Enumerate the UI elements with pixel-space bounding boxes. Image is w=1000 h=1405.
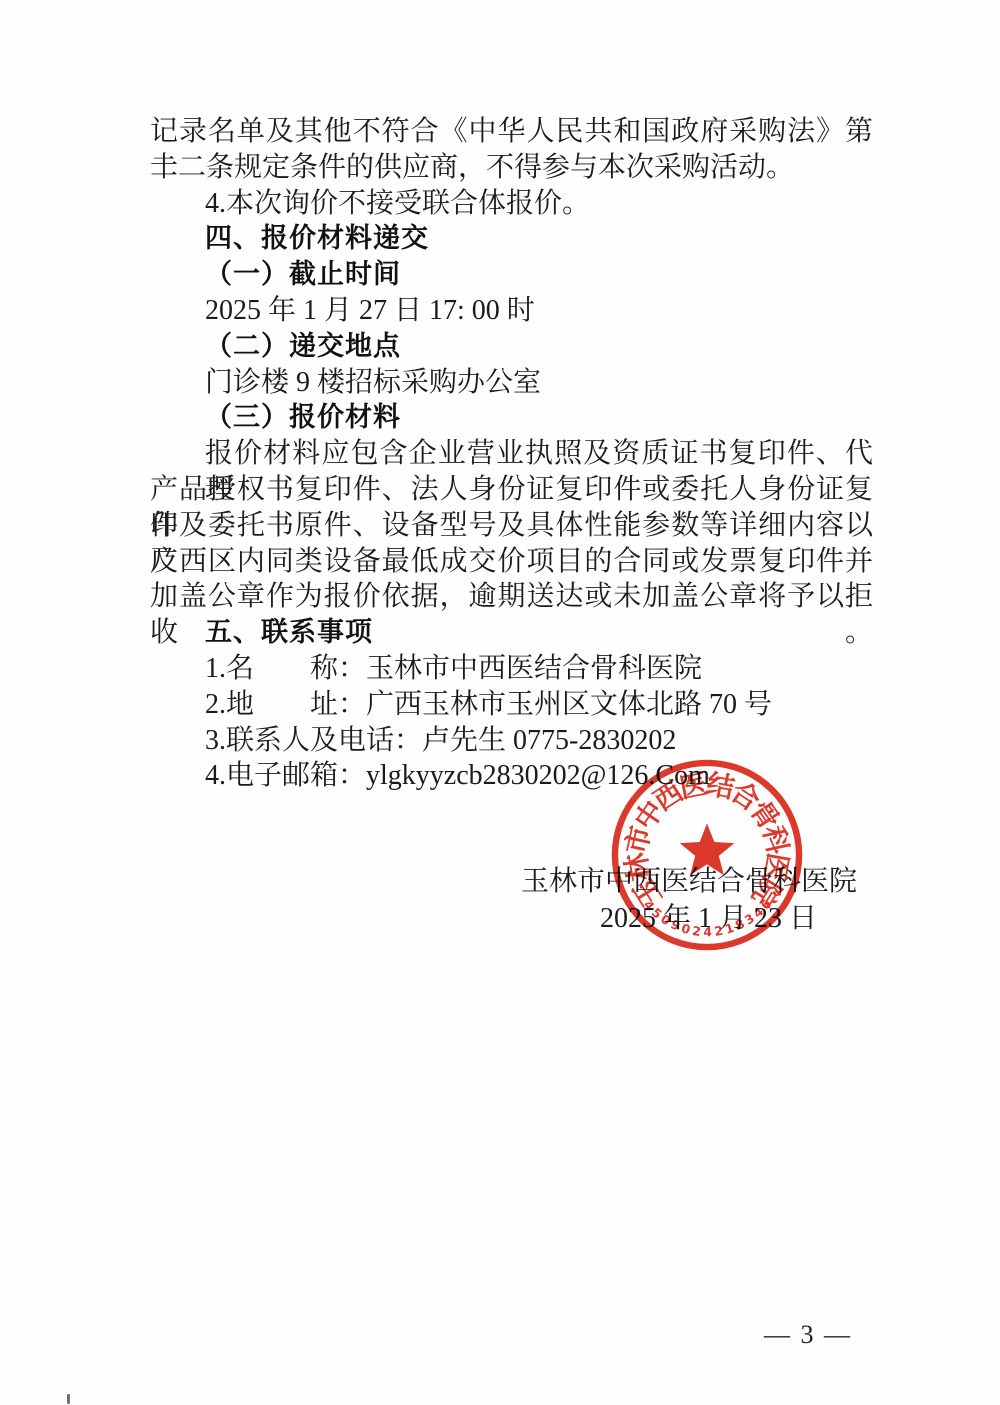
- scan-artifact-mark: [67, 1394, 70, 1404]
- document-line: 产品授权书复印件、法人身份证复印件或委托人身份证复印: [150, 472, 873, 508]
- document-line: （三）报价材料: [150, 400, 873, 436]
- document-line: 3.联系人及电话：卢先生 0775-2830202: [150, 723, 873, 759]
- official-seal-stamp: 玉林市中西医结合骨科医院 4509024218346: [608, 756, 806, 954]
- scanned-document-page: 记录名单及其他不符合《中华人民共和国政府采购法》第二十二条规定条件的供应商，不得…: [0, 0, 1000, 1405]
- document-line: 记录名单及其他不符合《中华人民共和国政府采购法》第二: [150, 114, 873, 150]
- page-number: — 3 —: [764, 1320, 852, 1350]
- seal-code-digit: 2: [713, 924, 724, 939]
- document-line: 2.地 址：广西玉林市玉州区文体北路 70 号: [150, 687, 873, 723]
- document-line: 报价材料应包含企业营业执照及资质证书复印件、代理: [150, 436, 873, 472]
- document-text-block: 记录名单及其他不符合《中华人民共和国政府采购法》第二十二条规定条件的供应商，不得…: [150, 114, 873, 794]
- document-line: 4.本次询价不接受联合体报价。: [150, 186, 873, 222]
- seal-code-digit: 0: [680, 921, 693, 937]
- star-icon: [680, 823, 735, 875]
- document-line: 广西区内同类设备最低成交价项目的合同或发票复印件并: [150, 544, 873, 580]
- document-line: （一）截止时间: [150, 257, 873, 293]
- document-line: 四、报价材料递交: [150, 221, 873, 257]
- document-line: 1.名 称：玉林市中西医结合骨科医院: [150, 651, 873, 687]
- document-line: 门诊楼 9 楼招标采购办公室: [150, 365, 873, 401]
- document-line: 十二条规定条件的供应商，不得参与本次采购活动。: [150, 150, 873, 186]
- document-line: 加盖公章作为报价依据，逾期送达或未加盖公章将予以拒收。: [150, 579, 873, 615]
- document-line: （二）递交地点: [150, 329, 873, 365]
- document-line: 2025 年 1 月 27 日 17: 00 时: [150, 293, 873, 329]
- seal-code-digit: 4: [703, 925, 712, 939]
- document-line: 件及委托书原件、设备型号及具体性能参数等详细内容以及: [150, 508, 873, 544]
- seal-code-digit: 2: [691, 924, 701, 939]
